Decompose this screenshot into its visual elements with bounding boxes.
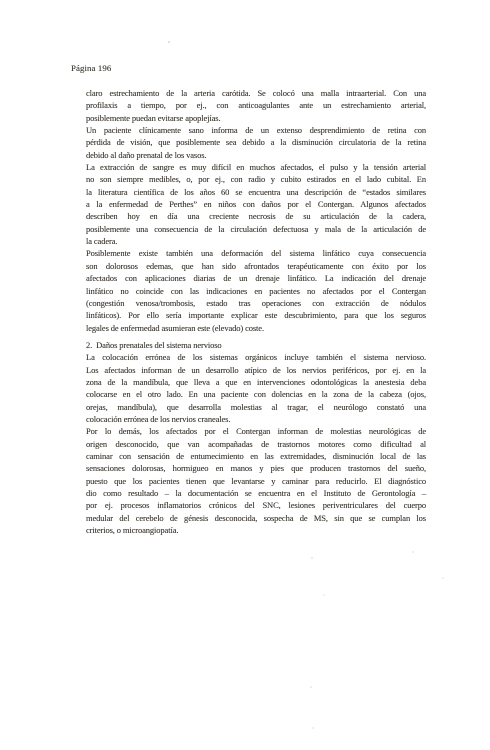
- scan-speck: [412, 551, 414, 553]
- page-number: Página 196: [71, 63, 111, 74]
- text-block: claro estrechamiento de la arteria carót…: [86, 87, 426, 536]
- text-line: linfáticos). Por ello sería importante e…: [86, 309, 426, 321]
- paragraph: Por lo demás, los afectados por el Conte…: [86, 425, 426, 536]
- text-line: origen desconocido, que van acompañadas …: [86, 438, 426, 450]
- text-line: Los afectados informan de un desarrollo …: [86, 364, 426, 376]
- paragraph: Posiblemente existe también una deformac…: [86, 247, 426, 333]
- text-line: a la enfermedad de Perthes” en niños con…: [86, 198, 426, 210]
- section-heading: 2. Daños prenatales del sistema nervioso: [86, 339, 426, 351]
- text-line: Posiblemente existe también una deformac…: [86, 247, 426, 259]
- text-line: Un paciente clínicamente sano informa de…: [86, 124, 426, 136]
- text-line: La colocación errónea de los sistemas or…: [86, 351, 426, 363]
- paragraph: claro estrechamiento de la arteria carót…: [86, 87, 426, 124]
- scan-speck: [311, 557, 313, 559]
- text-line: profilaxis a tiempo, por ej., con antico…: [86, 99, 426, 111]
- scan-speck: [310, 686, 312, 688]
- scan-speck: [312, 727, 314, 729]
- text-line: medular del cerebelo de génesis desconoc…: [86, 512, 426, 524]
- text-line: Por lo demás, los afectados por el Conte…: [86, 425, 426, 437]
- text-line: afectados con aplicaciones diarias de un…: [86, 272, 426, 284]
- text-line: criterios, o microangiopatía.: [86, 524, 426, 536]
- text-line: sensaciones dolorosas, hormigueo en mano…: [86, 462, 426, 474]
- text-line: describen hoy en día una creciente necro…: [86, 210, 426, 222]
- text-line: la literatura científica de los años 60 …: [86, 186, 426, 198]
- page: Página 196 claro estrechamiento de la ar…: [0, 0, 490, 750]
- text-line: puesto que los pacientes tienen que leva…: [86, 475, 426, 487]
- text-line: la cadera.: [86, 235, 426, 247]
- paragraph: Un paciente clínicamente sano informa de…: [86, 124, 426, 161]
- text-line: dio como resultado – la documentación se…: [86, 487, 426, 499]
- text-line: colocarse en el otro lado. En una pacien…: [86, 388, 426, 400]
- text-line: debido al daño prenatal de los vasos.: [86, 149, 426, 161]
- text-line: son dolorosos edemas, que han sido afron…: [86, 260, 426, 272]
- text-line: por ej. procesos inflamatorios crónicos …: [86, 499, 426, 511]
- paragraph: La colocación errónea de los sistemas or…: [86, 351, 426, 425]
- paragraph: La extracción de sangre es muy difícil e…: [86, 161, 426, 247]
- text-line: orejas, mandíbula), que desarrolla moles…: [86, 401, 426, 413]
- text-line: caminar con sensación de entumecimiento …: [86, 450, 426, 462]
- text-line: claro estrechamiento de la arteria carót…: [86, 87, 426, 99]
- heading-line: 2. Daños prenatales del sistema nervioso: [86, 339, 426, 351]
- text-line: La extracción de sangre es muy difícil e…: [86, 161, 426, 173]
- text-line: zona de la mandíbula, que lleva a que en…: [86, 376, 426, 388]
- text-line: pérdida de visión, que posiblemente sea …: [86, 136, 426, 148]
- text-line: linfático no coincide con las indicacion…: [86, 285, 426, 297]
- text-line: colocación errónea de los nervios cranea…: [86, 413, 426, 425]
- scan-speck: [442, 577, 444, 579]
- text-line: legales de enfermedad asumieran este (el…: [86, 322, 426, 334]
- text-line: posiblemente una consecuencia de la circ…: [86, 223, 426, 235]
- text-line: (congestión venosa/trombosis, estado tra…: [86, 297, 426, 309]
- text-line: posiblemente puedan evitarse apoplejías.: [86, 112, 426, 124]
- text-line: no son siempre medibles, o, por ej., con…: [86, 173, 426, 185]
- scan-speck: [323, 594, 325, 596]
- scan-speck: [168, 41, 170, 43]
